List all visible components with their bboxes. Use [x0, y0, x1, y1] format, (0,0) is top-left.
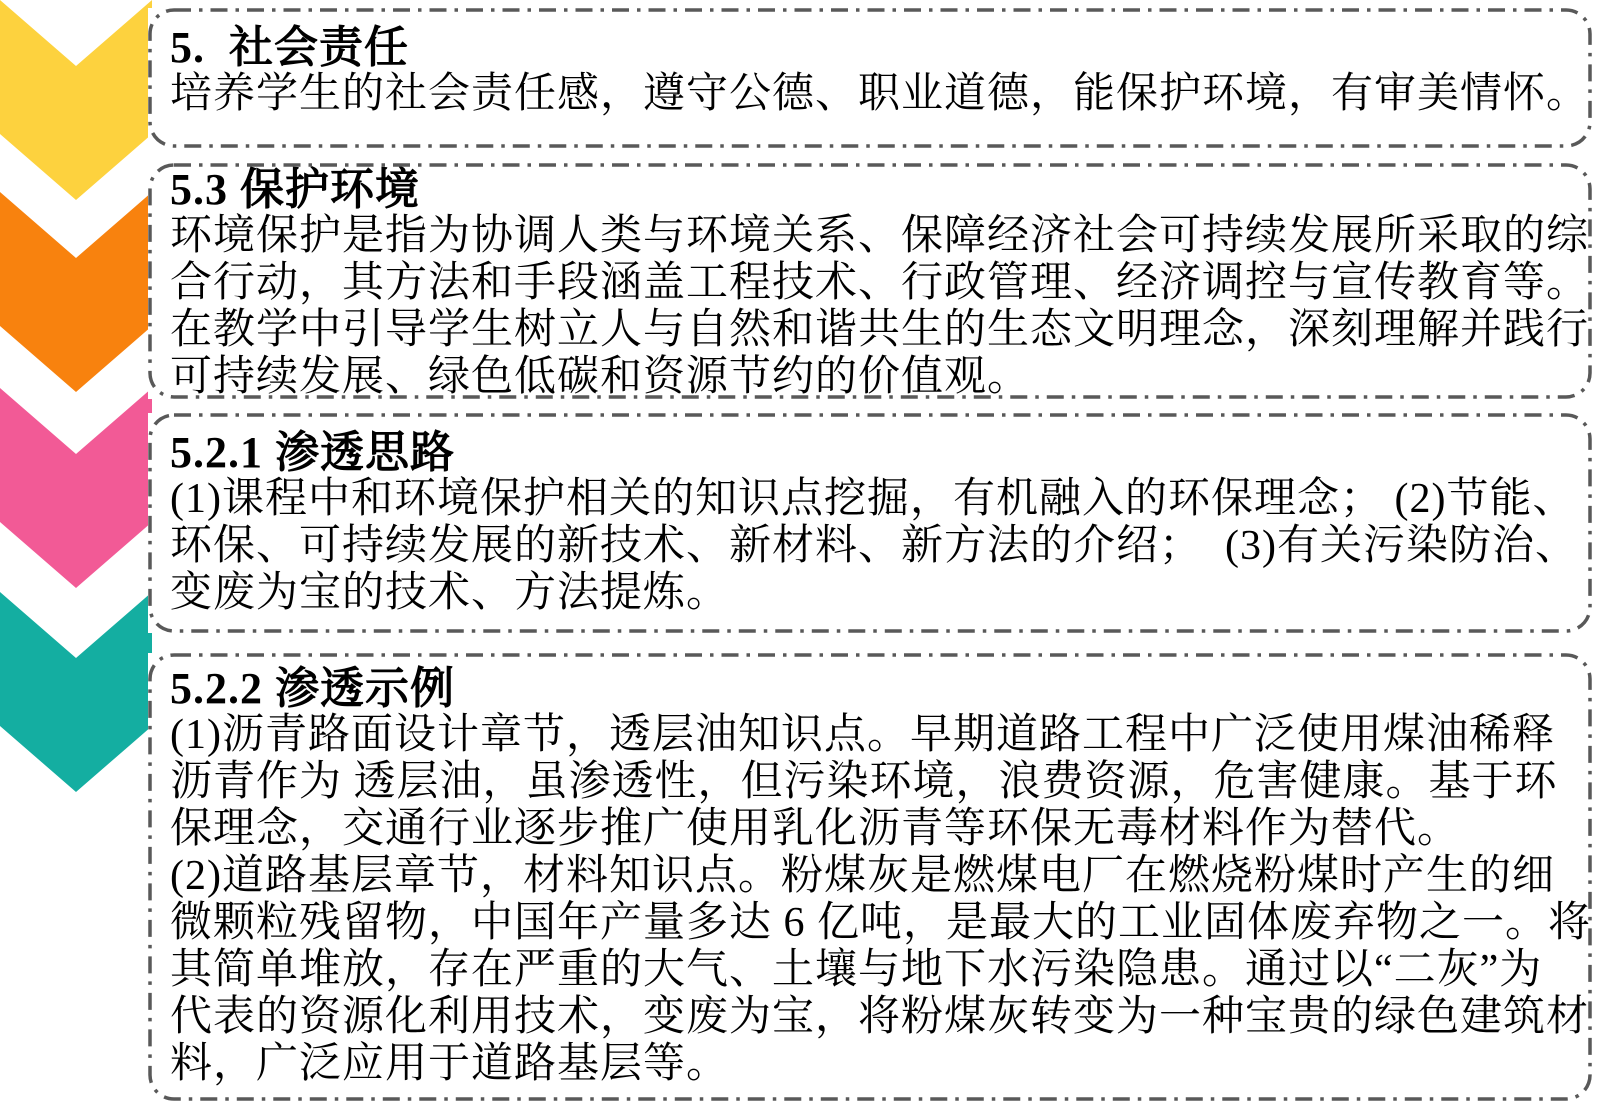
section-text-line: 其简单堆放，存在严重的大气、土壤与地下水污染隐患。通过以“二灰”为 [170, 947, 1578, 994]
section-text-line: 微颗粒残留物，中国年产量多达 6 亿吨，是最大的工业固体废弃物之一。将 [170, 900, 1578, 947]
section-box-infiltration-examples: 5.2.2 渗透示例 (1)沥青路面设计章节，透层油知识点。早期道路工程中广泛使… [148, 653, 1592, 1101]
chevron-down-icon [0, 592, 152, 792]
chevron-down-icon [0, 388, 152, 588]
section-text-line: 合行动，其方法和手段涵盖工程技术、行政管理、经济调控与宣传教育等。 [170, 260, 1578, 307]
section-text-line: 保理念，交通行业逐步推广使用乳化沥青等环保无毒材料作为替代。 [170, 806, 1578, 853]
chevron-down-icon [0, 192, 152, 392]
section-title: 5.2.2 渗透示例 [170, 665, 1578, 712]
section-title: 5. 社会责任 [170, 24, 1578, 71]
chevron-down-icon [0, 0, 152, 200]
section-text-line: 代表的资源化利用技术，变废为宝，将粉煤灰转变为一种宝贵的绿色建筑材 [170, 994, 1578, 1041]
section-text-line: 变废为宝的技术、方法提炼。 [170, 570, 1578, 617]
section-text-line: (1)沥青路面设计章节，透层油知识点。早期道路工程中广泛使用煤油稀释 [170, 712, 1578, 759]
section-text-line: 可持续发展、绿色低碳和资源节约的价值观。 [170, 354, 1578, 401]
section-title: 5.3 保护环境 [170, 166, 1578, 213]
section-text-line: 在教学中引导学生树立人与自然和谐共生的生态文明理念，深刻理解并践行 [170, 307, 1578, 354]
section-box-infiltration-approach: 5.2.1 渗透思路 (1)课程中和环境保护相关的知识点挖掘，有机融入的环保理念… [148, 413, 1592, 633]
section-title: 5.2.1 渗透思路 [170, 429, 1578, 476]
section-text-line: 环保、可持续发展的新技术、新材料、新方法的介绍； (3)有关污染防治、 [170, 523, 1578, 570]
section-text-line: 培养学生的社会责任感，遵守公德、职业道德，能保护环境，有审美情怀。 [170, 71, 1578, 118]
section-text-line: (2)道路基层章节，材料知识点。粉煤灰是燃煤电厂在燃烧粉煤时产生的细 [170, 853, 1578, 900]
section-box-protect-environment: 5.3 保护环境 环境保护是指为协调人类与环境关系、保障经济社会可持续发展所采取… [148, 163, 1592, 399]
section-box-social-responsibility: 5. 社会责任 培养学生的社会责任感，遵守公德、职业道德，能保护环境，有审美情怀… [148, 8, 1592, 148]
section-text-line: 环境保护是指为协调人类与环境关系、保障经济社会可持续发展所采取的综 [170, 213, 1578, 260]
section-text-line: 料，广泛应用于道路基层等。 [170, 1041, 1578, 1088]
section-text-line: 沥青作为 透层油，虽渗透性，但污染环境，浪费资源，危害健康。基于环 [170, 759, 1578, 806]
slide-canvas: 5. 社会责任 培养学生的社会责任感，遵守公德、职业道德，能保护环境，有审美情怀… [0, 0, 1600, 1114]
section-text-line: (1)课程中和环境保护相关的知识点挖掘，有机融入的环保理念； (2)节能、 [170, 476, 1578, 523]
